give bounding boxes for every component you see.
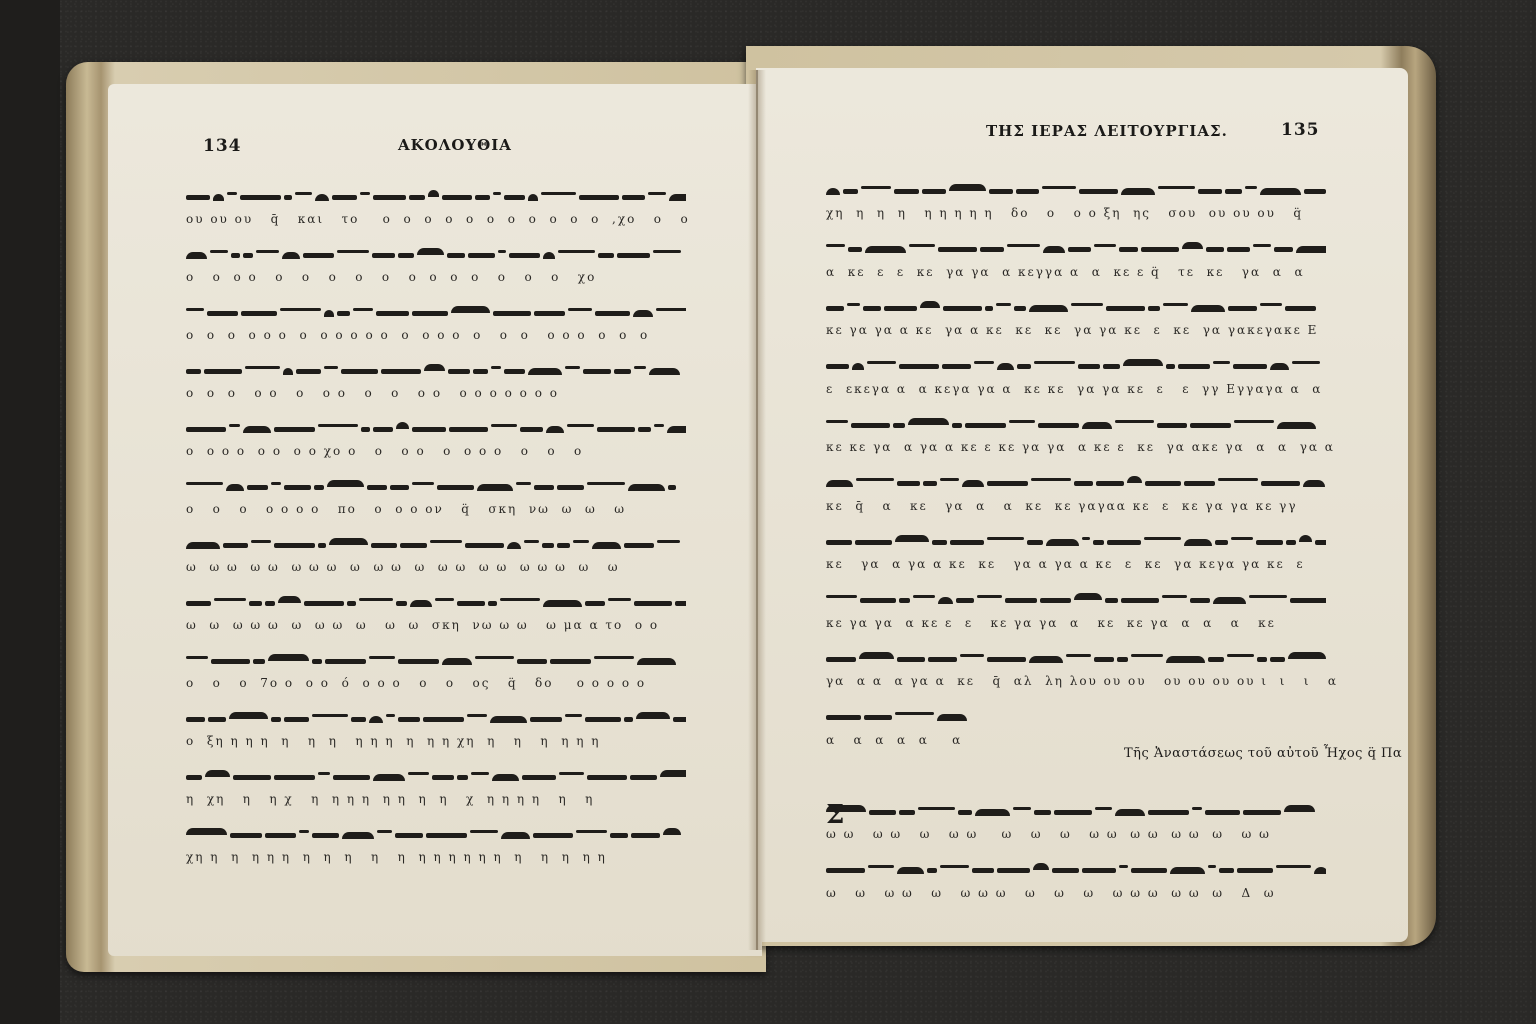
neume-line: κε q̄ α κε γα α α κε κε γαγαα κε ε κε γα… <box>826 471 1326 513</box>
neume-glyphs <box>826 529 1326 553</box>
open-book: 134 ΑΚΟΛΟΥΘΙΑ ου ου ου q̄ και το ο ο ο ο… <box>66 40 1436 990</box>
neume-glyphs <box>826 471 1326 495</box>
lyric-syllables: κε γα α γα α κε κε γα α γα α κε ε κε γα … <box>826 557 1326 571</box>
running-head-left: ΑΚΟΛΟΥΘΙΑ <box>398 136 512 154</box>
neume-line: ω ω ω ω ω ω ω ω ω ω ω ω ω ω ω ω ω ω ω ω … <box>186 532 686 574</box>
neume-line: ω ω ω ω ω ω ω ω ω ω ω ω ω ω ω ω ω Δ ω <box>826 858 1326 900</box>
neume-glyphs <box>186 184 686 208</box>
neume-glyphs <box>826 858 1326 882</box>
neume-glyphs <box>826 354 1326 378</box>
neume-line: ω ω ω ω ω ω ω ω ω ω ω σκη νω ω ω ω μα α … <box>186 590 686 632</box>
running-head-right: ΤΗΣ ΙΕΡΑΣ ΛΕΙΤΟΥΡΓΙΑΣ. <box>986 122 1228 140</box>
neume-line: ο ο ο ο ο ο ο ο ο ο ο ο ο ο ο ο ο ο ο ο … <box>186 300 686 342</box>
neume-glyphs <box>186 300 686 324</box>
neume-glyphs <box>186 648 686 672</box>
neume-glyphs <box>186 706 686 730</box>
lyric-syllables: χη η η η η η η η η η η η η η η η η η η η… <box>186 850 686 864</box>
background-mat <box>0 0 60 1024</box>
book-gutter <box>748 70 766 950</box>
lyric-syllables: ο ο ο ο ο ο ο πο ο ο ο ον q̈ σκη νω ω ω … <box>186 502 686 516</box>
lyric-syllables: κε γα γα α κε γα α κε κε κε γα γα κε ε κ… <box>826 323 1326 337</box>
lyric-syllables: κε κε γα α γα α κε ε κε γα γα α κε ε κε … <box>826 440 1326 454</box>
lyric-syllables: ο ο ο ο ο ο ο ο ο ο ο ο ο ο ο ο ο ο ο <box>186 386 686 400</box>
lyric-syllables: ο ο ο ο ο ο ο ο ο ο ο ο ο ο ο ο ο ο ο ο … <box>186 328 686 342</box>
drop-initial: Σ <box>826 800 844 830</box>
neume-line: ω ω ω ω ω ω ω ω ω ω ω ω ω ω ω ω ω ω ω <box>826 799 1326 841</box>
neume-line: ο ξη η η η η η η η η η η η η χη η η η η … <box>186 706 686 748</box>
neume-line: κε γα α γα α κε κε γα α γα α κε ε κε γα … <box>826 529 1326 571</box>
neume-glyphs <box>186 822 686 846</box>
neume-glyphs <box>186 416 686 440</box>
neume-line: ο ο ο ο ο ο ο πο ο ο ο ον q̈ σκη νω ω ω … <box>186 474 686 516</box>
neume-glyphs <box>826 178 1326 202</box>
neume-line: χη η η η η η η η η δο ο ο ο ξη ης σου ου… <box>826 178 1326 220</box>
lyric-syllables: κε γα γα α κε ε ε κε γα γα α κε κε γα α … <box>826 616 1326 630</box>
neume-glyphs <box>826 646 1326 670</box>
neume-glyphs <box>186 242 686 266</box>
neume-glyphs <box>186 590 686 614</box>
lyric-syllables: ω ω ω ω ω ω ω ω ω ω ω σκη νω ω ω ω μα α … <box>186 618 686 632</box>
neume-line: κε γα γα α κε γα α κε κε κε γα γα κε ε κ… <box>826 295 1326 337</box>
neume-line: ο ο ο ο ο ο ο ο ο ο ο ο ο ο ο ο χο <box>186 242 686 284</box>
lyric-syllables: ο ο ο ο ο ο ο ο χο ο ο ο ο ο ο ο ο ο ο ο <box>186 444 686 458</box>
neume-line: ο ο ο 7ο ο ο ο ό ο ο ο ο ο ος q̈ δο ο ο … <box>186 648 686 690</box>
lyric-syllables: α α α α α α <box>826 733 1326 747</box>
neume-line: χη η η η η η η η η η η η η η η η η η η η… <box>186 822 686 864</box>
lyric-syllables: ο ο ο 7ο ο ο ο ό ο ο ο ο ο ος q̈ δο ο ο … <box>186 676 686 690</box>
lyric-syllables: ο ξη η η η η η η η η η η η η χη η η η η … <box>186 734 686 748</box>
neume-glyphs <box>186 532 686 556</box>
neume-glyphs <box>826 412 1326 436</box>
neume-glyphs <box>826 588 1326 612</box>
rubric-heading: Τῆς Ἀναστάσεως τοῦ αὐτοῦ Ἦχος q̈ Πα <box>1124 746 1402 761</box>
neume-line: ε εκεγα α α κεγα γα α κε κε γα γα κε ε ε… <box>826 354 1326 396</box>
left-page: 134 ΑΚΟΛΟΥΘΙΑ ου ου ου q̄ και το ο ο ο ο… <box>108 84 762 956</box>
neume-line: η χη η η χ η η η η η η η η χ η η η η η η <box>186 764 686 806</box>
right-page: ΤΗΣ ΙΕΡΑΣ ΛΕΙΤΟΥΡΓΙΑΣ. 135 χη η η η η η … <box>756 68 1408 942</box>
neume-glyphs <box>826 705 1326 729</box>
neume-glyphs <box>826 237 1326 261</box>
lyric-syllables: ω ω ω ω ω ω ω ω ω ω ω ω ω ω ω ω ω ω ω ω … <box>186 560 686 574</box>
lyric-syllables: γα α α α γα α κε q̄ αλ λη λου ου ου ου ο… <box>826 674 1326 688</box>
page-number-right: 135 <box>1281 120 1320 140</box>
neume-glyphs <box>826 799 1326 823</box>
neume-line: α κε ε ε κε γα γα α κεγγα α α κε ε q̈ τε… <box>826 237 1326 279</box>
lyric-syllables: η χη η η χ η η η η η η η η χ η η η η η η <box>186 792 686 806</box>
lyric-syllables: ω ω ω ω ω ω ω ω ω ω ω ω ω ω ω ω ω Δ ω <box>826 886 1326 900</box>
lyric-syllables: ω ω ω ω ω ω ω ω ω ω ω ω ω ω ω ω ω ω ω <box>826 827 1326 841</box>
lyric-syllables: χη η η η η η η η η δο ο ο ο ξη ης σου ου… <box>826 206 1326 220</box>
neume-line: κε κε γα α γα α κε ε κε γα γα α κε ε κε … <box>826 412 1326 454</box>
lyric-syllables: ε εκεγα α α κεγα γα α κε κε γα γα κε ε ε… <box>826 382 1326 396</box>
neume-line: ου ου ου q̄ και το ο ο ο ο ο ο ο ο ο ο ο… <box>186 184 686 226</box>
neume-line: ο ο ο ο ο ο ο ο ο ο ο ο ο ο ο ο ο ο ο <box>186 358 686 400</box>
neume-glyphs <box>186 358 686 382</box>
lyric-syllables: κε q̄ α κε γα α α κε κε γαγαα κε ε κε γα… <box>826 499 1326 513</box>
neume-glyphs <box>186 764 686 788</box>
lyric-syllables: ου ου ου q̄ και το ο ο ο ο ο ο ο ο ο ο ο… <box>186 212 686 226</box>
page-number-left: 134 <box>203 136 242 156</box>
neume-line: κε γα γα α κε ε ε κε γα γα α κε κε γα α … <box>826 588 1326 630</box>
lyric-syllables: ο ο ο ο ο ο ο ο ο ο ο ο ο ο ο ο χο <box>186 270 686 284</box>
neume-line: ο ο ο ο ο ο ο ο χο ο ο ο ο ο ο ο ο ο ο ο <box>186 416 686 458</box>
neume-glyphs <box>826 295 1326 319</box>
neume-glyphs <box>186 474 686 498</box>
neume-line: α α α α α α <box>826 705 1326 747</box>
neume-line: γα α α α γα α κε q̄ αλ λη λου ου ου ου ο… <box>826 646 1326 688</box>
lyric-syllables: α κε ε ε κε γα γα α κεγγα α α κε ε q̈ τε… <box>826 265 1326 279</box>
